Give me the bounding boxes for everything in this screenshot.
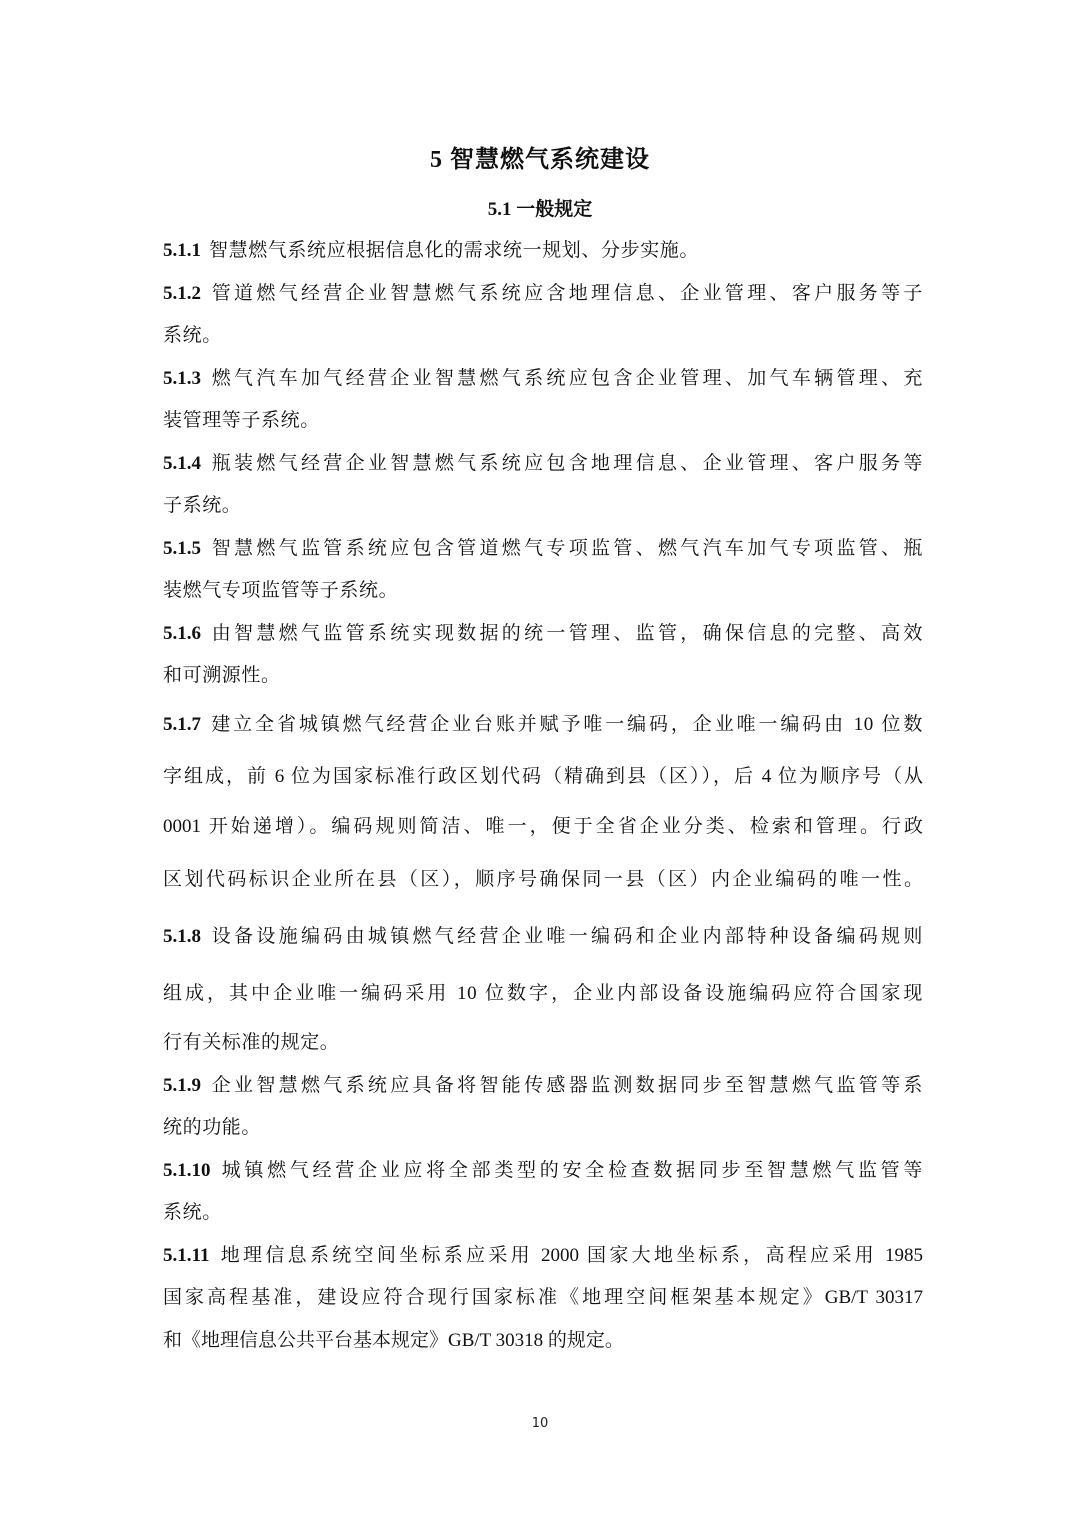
clause-text: 城镇燃气经营企业应将全部类型的安全检查数据同步至智慧燃气监管等 — [219, 1160, 924, 1181]
clause-text: 地理信息系统空间坐标系应采用 2000 国家大地坐标系，高程应采用 1985 — [217, 1245, 923, 1266]
clause-5-1-9-cont: 统的功能。 — [163, 1113, 923, 1143]
clause-text: 建立全省城镇燃气经营企业台账并赋予唯一编码，企业唯一编码由 10 位数 — [209, 714, 923, 735]
clause-5-1-8-cont-1: 组成，其中企业唯一编码采用 10 位数字，企业内部设备设施编码应符合国家现 — [163, 979, 923, 1009]
clause-5-1-11-cont-1: 国家高程基准，建设应符合现行国家标准《地理空间框架基本规定》GB/T 30317 — [163, 1283, 923, 1313]
clause-number: 5.1.2 — [163, 283, 201, 304]
clause-text: 燃气汽车加气经营企业智慧燃气系统应包含企业管理、加气车辆管理、充 — [209, 368, 923, 389]
clause-number: 5.1.9 — [163, 1075, 201, 1096]
clause-number: 5.1.8 — [163, 926, 201, 947]
clause-5-1-3-cont: 装管理等子系统。 — [163, 406, 923, 436]
clause-5-1-3: 5.1.3燃气汽车加气经营企业智慧燃气系统应包含企业管理、加气车辆管理、充 — [163, 364, 923, 394]
clause-5-1-5-cont: 装燃气专项监管等子系统。 — [163, 576, 923, 606]
clause-text: 智慧燃气监管系统应包含管道燃气专项监管、燃气汽车加气专项监管、瓶 — [209, 538, 923, 559]
chapter-title: 5 智慧燃气系统建设 — [0, 140, 1080, 180]
clause-5-1-6: 5.1.6由智慧燃气监管系统实现数据的统一管理、监管，确保信息的完整、高效 — [163, 619, 923, 649]
clause-5-1-8-cont-2: 行有关标准的规定。 — [163, 1028, 923, 1058]
clause-5-1-11: 5.1.11地理信息系统空间坐标系应采用 2000 国家大地坐标系，高程应采用 … — [163, 1241, 923, 1271]
clause-text: 由智慧燃气监管系统实现数据的统一管理、监管，确保信息的完整、高效 — [209, 623, 923, 644]
clause-5-1-10: 5.1.10城镇燃气经营企业应将全部类型的安全检查数据同步至智慧燃气监管等 — [163, 1156, 923, 1186]
clause-5-1-4: 5.1.4瓶装燃气经营企业智慧燃气系统应包含地理信息、企业管理、客户服务等 — [163, 449, 923, 479]
clause-5-1-4-cont: 子系统。 — [163, 491, 923, 521]
clause-5-1-1: 5.1.1智慧燃气系统应根据信息化的需求统一规划、分步实施。 — [163, 236, 923, 266]
clause-5-1-2-cont: 系统。 — [163, 321, 923, 351]
clause-5-1-8: 5.1.8设备设施编码由城镇燃气经营企业唯一编码和企业内部特种设备编码规则 — [163, 922, 923, 952]
page-number: 10 — [0, 1416, 1080, 1431]
clause-number: 5.1.4 — [163, 453, 201, 474]
clause-number: 5.1.11 — [163, 1245, 209, 1266]
clause-number: 5.1.3 — [163, 368, 201, 389]
clause-number: 5.1.1 — [163, 240, 201, 261]
clause-5-1-6-cont: 和可溯源性。 — [163, 661, 923, 691]
clause-text: 设备设施编码由城镇燃气经营企业唯一编码和企业内部特种设备编码规则 — [209, 926, 923, 947]
clause-5-1-11-cont-2: 和《地理信息公共平台基本规定》GB/T 30318 的规定。 — [163, 1326, 923, 1356]
clause-text: 智慧燃气系统应根据信息化的需求统一规划、分步实施。 — [209, 240, 699, 261]
document-page: 5 智慧燃气系统建设 5.1 一般规定 5.1.1智慧燃气系统应根据信息化的需求… — [0, 0, 1080, 1527]
clause-number: 5.1.6 — [163, 623, 201, 644]
clause-text: 管道燃气经营企业智慧燃气系统应含地理信息、企业管理、客户服务等子 — [209, 283, 923, 304]
clause-5-1-5: 5.1.5智慧燃气监管系统应包含管道燃气专项监管、燃气汽车加气专项监管、瓶 — [163, 534, 923, 564]
clause-5-1-7-cont-3: 区划代码标识企业所在县（区），顺序号确保同一县（区）内企业编码的唯一性。 — [163, 865, 923, 895]
clause-5-1-10-cont: 系统。 — [163, 1198, 923, 1228]
clause-text: 企业智慧燃气系统应具备将智能传感器监测数据同步至智慧燃气监管等系 — [209, 1075, 923, 1096]
clause-5-1-9: 5.1.9企业智慧燃气系统应具备将智能传感器监测数据同步至智慧燃气监管等系 — [163, 1071, 923, 1101]
clause-number: 5.1.5 — [163, 538, 201, 559]
clause-text: 瓶装燃气经营企业智慧燃气系统应包含地理信息、企业管理、客户服务等 — [209, 453, 923, 474]
clause-5-1-7-cont-2: 0001 开始递增）。编码规则简洁、唯一，便于全省企业分类、检索和管理。行政 — [163, 812, 923, 842]
clause-5-1-7-cont-1: 字组成，前 6 位为国家标准行政区划代码（精确到县（区）），后 4 位为顺序号（… — [163, 762, 923, 792]
clause-number: 5.1.10 — [163, 1160, 211, 1181]
clause-5-1-7: 5.1.7建立全省城镇燃气经营企业台账并赋予唯一编码，企业唯一编码由 10 位数 — [163, 710, 923, 740]
clause-5-1-2: 5.1.2管道燃气经营企业智慧燃气系统应含地理信息、企业管理、客户服务等子 — [163, 279, 923, 309]
section-title: 5.1 一般规定 — [0, 192, 1080, 228]
clause-number: 5.1.7 — [163, 714, 201, 735]
